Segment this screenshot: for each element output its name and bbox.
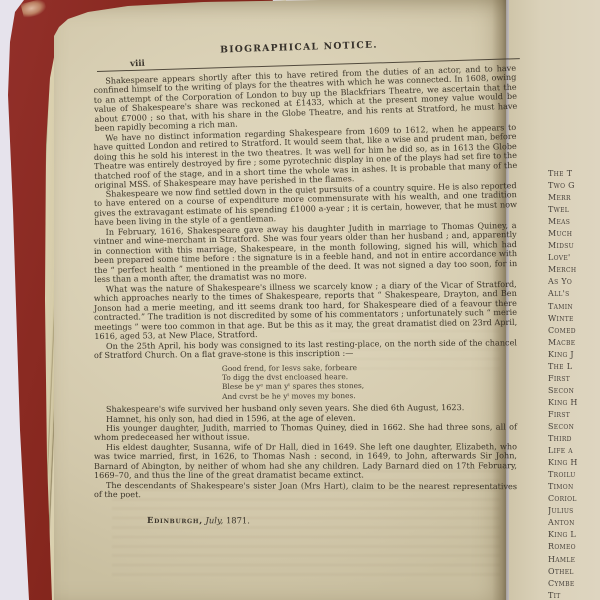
contents-item: Anton	[548, 517, 600, 529]
contents-item: Comed	[548, 325, 600, 337]
contents-item: Secon	[548, 421, 600, 433]
open-book-photo: viii BIOGRAPHICAL NOTICE. Shakespeare ap…	[0, 0, 600, 600]
gravestone-inscription: Good frend, for Iesvs sake, forbeare To …	[222, 362, 517, 401]
contents-item: King J	[548, 349, 600, 361]
contents-item: All's	[548, 288, 600, 300]
contents-item: Macbe	[548, 337, 600, 349]
contents-item: Julius	[548, 505, 600, 517]
contents-item: First	[548, 373, 600, 385]
paragraph-judith-marriage: In February, 1616, Shakespeare gave away…	[94, 221, 518, 285]
contents-list: The TTwo GMerrTwelMeasMuchMidsuLove'Merc…	[548, 168, 600, 600]
colophon: Edinburgh, July, 1871.	[147, 516, 517, 527]
paragraph-burial: On the 25th April, his body was consigne…	[94, 338, 517, 361]
page-number: viii	[130, 59, 145, 70]
contents-item: The T	[548, 168, 600, 180]
paragraph-susanna: His eldest daughter, Susanna, wife of Dr…	[94, 442, 517, 481]
contents-item: First	[548, 409, 600, 421]
contents-item: Winte	[548, 313, 600, 325]
paragraph-descendants: The descendants of Shakespeare's sister …	[94, 481, 517, 501]
colophon-year: 1871.	[226, 515, 250, 525]
paragraph-illness-death: What was the nature of Shakespeare's ill…	[94, 280, 518, 342]
inscription-line: And cvrst be he yᵗ moves my bones.	[222, 389, 517, 400]
contents-item: Two G	[548, 180, 600, 192]
contents-item: Hamle	[548, 554, 600, 566]
paragraph-globe-fire: We have no distinct information regardin…	[93, 123, 517, 191]
contents-item: Merr	[548, 192, 600, 204]
contents-item: Third	[548, 433, 600, 445]
contents-item: Love'	[548, 252, 600, 264]
contents-item: Life a	[548, 445, 600, 457]
contents-item: Secon	[548, 385, 600, 397]
contents-item: Twel	[548, 204, 600, 216]
contents-item: Coriol	[548, 493, 600, 505]
body-text: Shakespeare appears shortly after this t…	[94, 77, 517, 525]
contents-item: Merch	[548, 264, 600, 276]
contents-item: Romeo	[548, 541, 600, 553]
contents-item: Tamin	[548, 301, 600, 313]
contents-item: Timon	[548, 481, 600, 493]
contents-item: Much	[548, 228, 600, 240]
colophon-place: Edinburgh,	[147, 515, 203, 525]
contents-item: King H	[548, 457, 600, 469]
contents-item: The L	[548, 361, 600, 373]
contents-item: Meas	[548, 216, 600, 228]
paragraph-judith-death: His younger daughter, Judith, married to…	[94, 423, 517, 443]
colophon-month: July,	[206, 515, 224, 525]
contents-item: King L	[548, 529, 600, 541]
contents-item: Midsu	[548, 240, 600, 252]
contents-item: As Yo	[548, 276, 600, 288]
contents-item: Cymbe	[548, 578, 600, 590]
contents-item: Troilu	[548, 469, 600, 481]
contents-item: Tit	[548, 590, 600, 600]
contents-item: King H	[548, 397, 600, 409]
contents-item: Othel	[548, 566, 600, 578]
